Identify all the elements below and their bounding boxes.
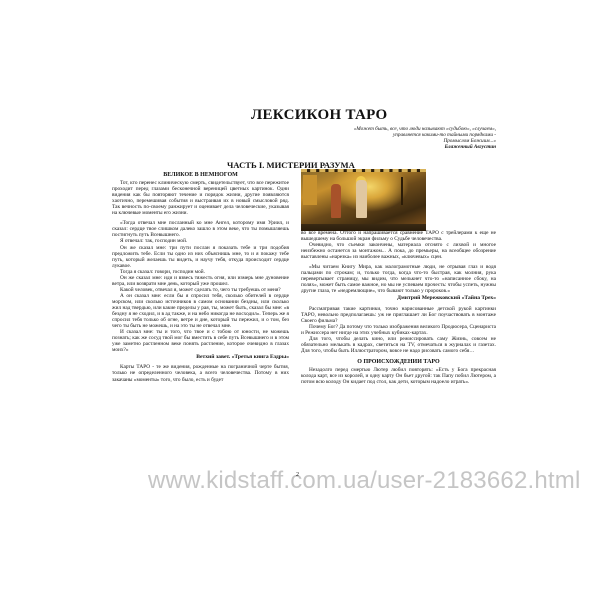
paragraph: Рассматривая такие картинки, точно нарис…: [301, 306, 496, 324]
paragraph: «Тогда отвечал мне посланный ко мне Анге…: [112, 220, 289, 238]
paragraph: И сказал мне: ты и того, что твое и с то…: [112, 329, 289, 353]
paragraph: Он же сказал мне: иди и взвесь тяжесть о…: [112, 275, 289, 287]
quote: «Мы читаем Книгу Мира, как малограмотные…: [301, 264, 496, 294]
inscription-panel: [303, 175, 317, 205]
figure-man: [331, 184, 341, 218]
book-page: ЛЕКСИКОН ТАРО «Может быть, все, что люди…: [105, 95, 500, 525]
paragraph: Тот, кто перенес клиническую смерть, сви…: [112, 180, 289, 216]
watermark: www.kidstaff.com.ua/user-2183662.html: [148, 467, 581, 495]
paragraph: Какой человек, отвечал я, может сделать …: [112, 287, 289, 293]
right-column: во все времена. Оттого и напрашивается с…: [301, 230, 496, 385]
figure-angel: [356, 180, 367, 218]
paragraph: А он сказал мне: если бы я спросил тебя,…: [112, 293, 289, 329]
page-number: 2: [296, 472, 299, 478]
paragraph: Очевидно, что съемки закончены, материал…: [301, 242, 496, 260]
paragraph: Карты ТАРО - те же видения, рожденные на…: [112, 364, 289, 382]
paragraph: Он же сказал мне: три пути послан я пока…: [112, 245, 289, 269]
section-heading: О ПРОИСХОЖДЕНИИ ТАРО: [301, 359, 496, 365]
quote-source: Дмитрий Мережковский «Тайна Трех»: [301, 295, 496, 301]
left-column: ВЕЛИКОЕ В НЕМНОГОМ Тот, кто перенес клин…: [112, 172, 289, 383]
epigraph-author: Блаженный Августин: [226, 144, 496, 150]
page-title: ЛЕКСИКОН ТАРО: [251, 107, 388, 124]
paragraph: Почему Бог? Да потому что только изображ…: [301, 324, 496, 336]
paragraph: Незадолго перед смертью Лютер любил повт…: [301, 367, 496, 385]
quote-source: Ветхий завет. «Третья книга Ездры»: [112, 354, 289, 360]
paragraph: во все времена. Оттого и напрашивается с…: [301, 230, 496, 242]
icon-painting-illustration: [301, 169, 426, 231]
section-heading: ВЕЛИКОЕ В НЕМНОГОМ: [112, 172, 289, 178]
epigraph: «Может быть, все, что люди называют «суд…: [226, 126, 496, 150]
paragraph: Для того, чтобы делать кино, или режисси…: [301, 336, 496, 354]
tree: [401, 177, 403, 205]
